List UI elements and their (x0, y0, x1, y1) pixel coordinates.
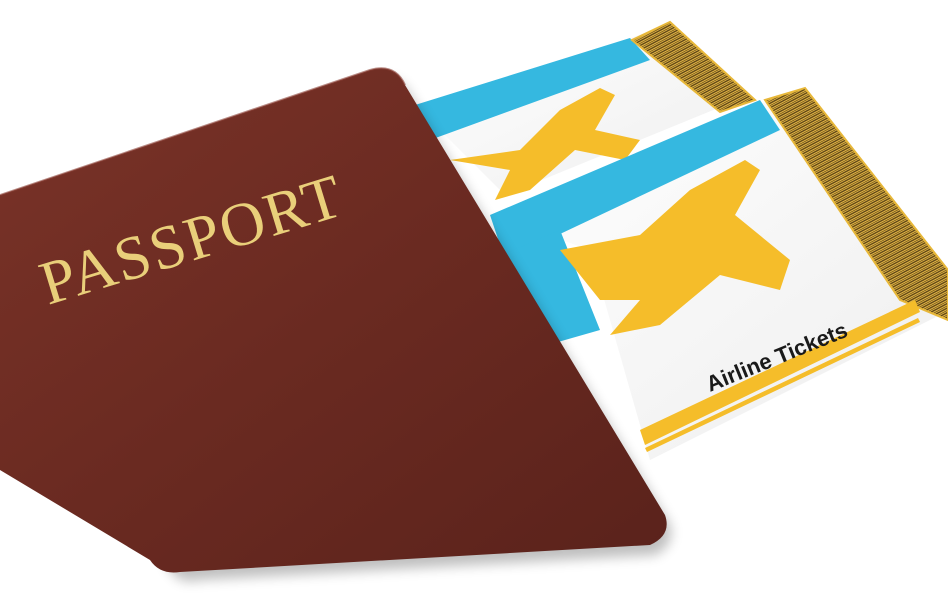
passport-and-tickets-illustration: Airline Tickets PASSPORT (0, 0, 948, 593)
